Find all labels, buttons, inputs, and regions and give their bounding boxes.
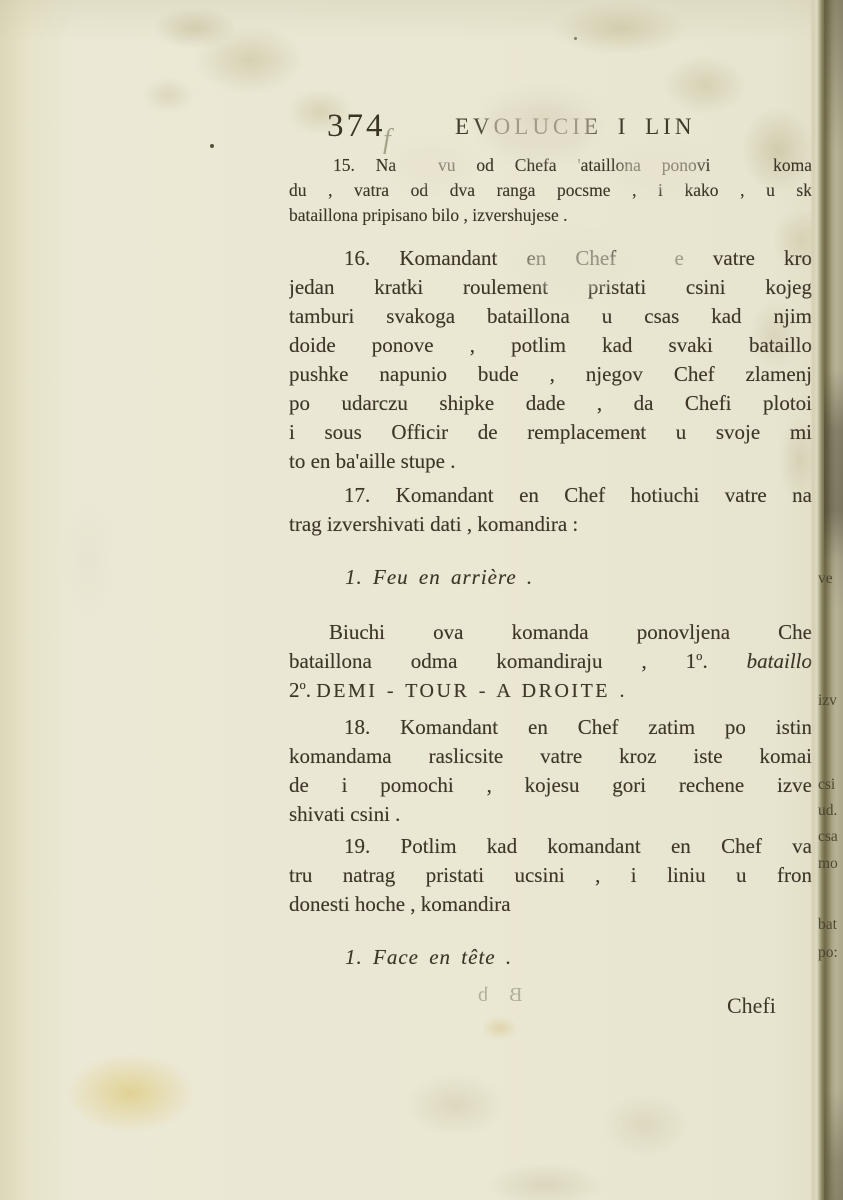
text-line: 17. Komandant en Chef hotiuchi vatre na: [289, 481, 812, 510]
next-page-text-fragment: csi: [818, 776, 835, 794]
text-line: jedan kratki roulement pristati csini ko…: [289, 273, 812, 302]
gutter-shadow: [824, 0, 843, 1200]
ink-speck: [636, 432, 640, 436]
running-header: EVOLUCIE I LIN: [455, 114, 695, 140]
text-line: de i pomochi , kojesu gori rechene izve: [289, 771, 812, 800]
next-page-text-fragment: po:: [818, 944, 838, 962]
text-line: shivati csini .: [289, 800, 812, 829]
text-line: Biuchi ova komanda ponovljena Che: [289, 618, 812, 647]
text-line: 1. Feu en arrière .: [345, 563, 812, 592]
text-column: 15. Na vu od Chefa 'ataillona ponovi kom…: [289, 153, 812, 972]
next-page-text-fragment: izv: [818, 692, 837, 710]
command-feu-en-arriere: 1. Feu en arrière .: [289, 563, 812, 592]
text-line: tamburi svakoga bataillona u csas kad nj…: [289, 302, 812, 331]
text-line: po udarczu shipke dade , da Chefi plotoi: [289, 389, 812, 418]
next-page-text-fragment: ud.: [818, 802, 837, 820]
next-page-text-fragment: bat: [818, 916, 837, 934]
text-line: 19. Potlim kad komandant en Chef va: [289, 832, 812, 861]
bleedthrough-letter: f: [383, 124, 391, 156]
ink-speck: [574, 37, 577, 40]
scanned-book-page: { "page": { "number": "374", "header": "…: [0, 0, 843, 1200]
text-line: trag izvershivati dati , komandira :: [289, 510, 812, 539]
next-page-text-fragment: ve: [818, 570, 833, 588]
paragraph-16: 16. Komandant en Chef e vatre krojedan k…: [289, 244, 812, 476]
text-line: 2o. DEMI - TOUR - A DROITE .: [289, 676, 812, 706]
catchword: Chefi: [727, 993, 776, 1019]
paragraph-biuchi: Biuchi ova komanda ponovljena Chebataill…: [289, 618, 812, 706]
text-line: donesti hoche , komandira: [289, 890, 812, 919]
signature-mark-bleedthrough: B b: [470, 984, 522, 1007]
text-line: bataillona pripisano bilo , izvershujese…: [289, 203, 812, 228]
text-line: 18. Komandant en Chef zatim po istin: [289, 713, 812, 742]
paragraph-17: 17. Komandant en Chef hotiuchi vatre nat…: [289, 481, 812, 539]
next-page-text-fragment: mo: [818, 855, 838, 873]
text-line: 16. Komandant en Chef e vatre kro: [289, 244, 812, 273]
paragraph-18: 18. Komandant en Chef zatim po istinkoma…: [289, 713, 812, 829]
text-line: pushke napunio bude , njegov Chef zlamen…: [289, 360, 812, 389]
command-face-en-tete: 1. Face en tête .: [289, 943, 812, 972]
text-line: 15. Na vu od Chefa 'ataillona ponovi kom…: [289, 153, 812, 178]
page-number: 374: [327, 108, 386, 145]
text-line: i sous Officir de remplacement u svoje m…: [289, 418, 812, 447]
text-line: to en ba'aille stupe .: [289, 447, 812, 476]
text-line: komandama raslicsite vatre kroz iste kom…: [289, 742, 812, 771]
paragraph-19: 19. Potlim kad komandant en Chef vatru n…: [289, 832, 812, 919]
paragraph-15: 15. Na vu od Chefa 'ataillona ponovi kom…: [289, 153, 812, 228]
ink-speck: [210, 144, 214, 148]
text-line: tru natrag pristati ucsini , i liniu u f…: [289, 861, 812, 890]
book-gutter: veizvcsiud.csamobatpo:: [810, 0, 843, 1200]
text-line: bataillona odma komandiraju , 1o. batail…: [289, 647, 812, 676]
next-page-text-fragment: csa: [818, 828, 838, 846]
text-line: 1. Face en tête .: [345, 943, 812, 972]
text-line: doide ponove , potlim kad svaki bataillo: [289, 331, 812, 360]
text-line: du , vatra od dva ranga pocsme , i kako …: [289, 178, 812, 203]
